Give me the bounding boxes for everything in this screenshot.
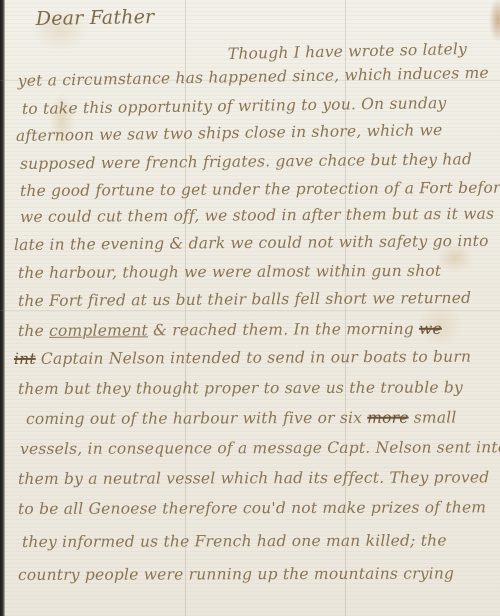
letter-line: yet a circumstance has happened since, w… [18, 64, 489, 90]
letter-line: they informed us the French had one man … [22, 532, 447, 551]
underlined-word: complement [49, 321, 148, 340]
letter-line: to be all Genoese therefore cou'd not ma… [18, 498, 486, 518]
letter-line: afternoon we saw two ships close in shor… [16, 121, 443, 145]
letter-line: int Captain Nelson intended to send in o… [14, 348, 471, 368]
letter-line: to take this opportunity of writing to y… [22, 94, 447, 118]
text-span: the [18, 322, 49, 340]
letter-line: them by a neutral vessel which had its e… [18, 468, 489, 488]
letter-line: country people were running up the mount… [18, 564, 454, 584]
letter-line: the Fort fired at us but their balls fel… [18, 289, 471, 310]
fold-crease [345, 0, 346, 616]
letter-line: the complement & reached them. In the mo… [18, 320, 442, 340]
struck-word: we [419, 320, 442, 338]
text-span: small [409, 408, 457, 426]
letter-page: Dear Father Though I have wrote so latel… [0, 0, 500, 616]
letter-line: them but they thought proper to save us … [18, 378, 463, 398]
fold-crease [0, 310, 500, 311]
letter-line: coming out of the harbour with five or s… [26, 408, 457, 428]
page-edge-shadow [0, 0, 5, 616]
letter-line: vessels, in consequence of a message Cap… [20, 438, 500, 458]
letter-line: the good fortune to get under the protec… [20, 179, 500, 200]
struck-word: more [367, 409, 408, 427]
salutation: Dear Father [36, 6, 155, 30]
letter-line: late in the evening & dark we could not … [14, 232, 489, 254]
struck-word: int [14, 350, 36, 368]
text-span: coming out of the harbour with five or s… [26, 409, 367, 428]
letter-line: we could cut them off, we stood in after… [20, 205, 494, 226]
letter-line: Though I have wrote so lately [228, 40, 468, 63]
letter-line: supposed were french frigates. gave chac… [20, 150, 472, 173]
letter-line: the harbour, though we were almost withi… [18, 262, 441, 282]
text-span: & reached them. In the morning [148, 320, 419, 339]
text-span: Captain Nelson intended to send in our b… [36, 348, 471, 368]
